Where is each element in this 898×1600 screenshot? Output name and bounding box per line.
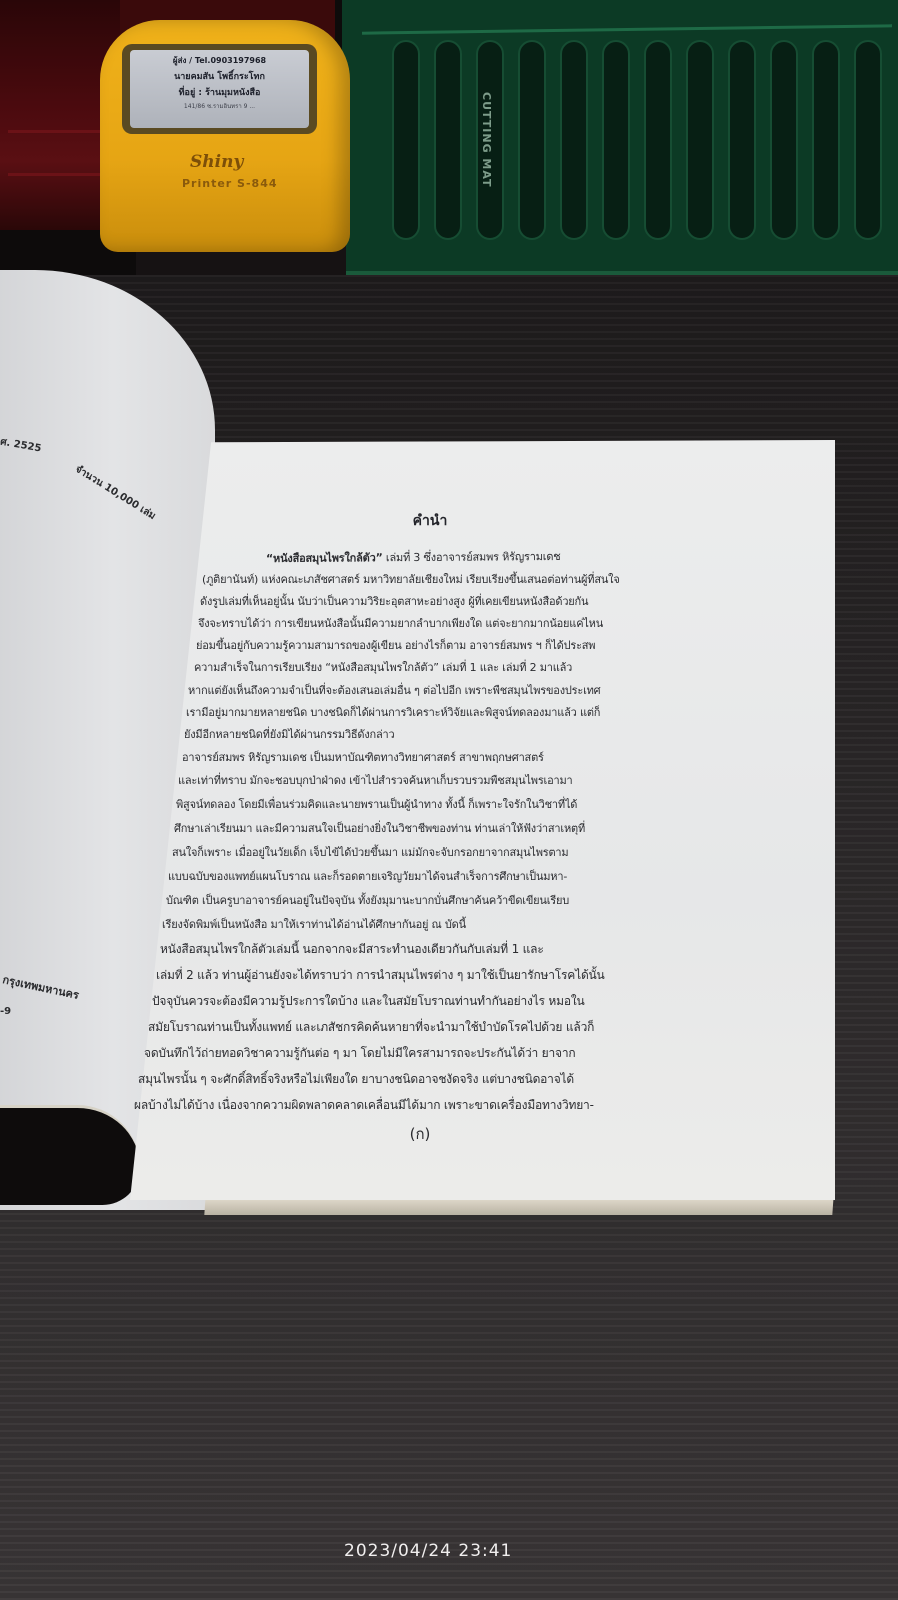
text-line: เล่มที่ 2 แล้ว ท่านผู้อ่านยังจะได้ทราบว่… xyxy=(156,966,605,985)
text-line: ย่อมขึ้นอยู่กับความรู้ความสามารถของผู้เข… xyxy=(196,636,595,654)
self-inking-stamp: ผู้ส่ง / Tel.0903197968 นายคมสัน โพธิ์กร… xyxy=(100,20,350,252)
text-line: “หนังสือสมุนไพรใกล้ตัว” เล่มที่ 3 ซึ่งอา… xyxy=(266,547,561,567)
text-line: หากแต่ยังเห็นถึงความจำเป็นที่จะต้องเสนอเ… xyxy=(188,681,600,699)
text-line: อาจารย์สมพร หิรัญรามเดช เป็นมหาบัณฑิตทาง… xyxy=(182,748,544,766)
text-line: (ภูติยานันท์) แห่งคณะเภสัชศาสตร์ มหาวิทย… xyxy=(202,570,620,588)
photo-timestamp: 2023/04/24 23:41 xyxy=(344,1541,512,1561)
mat-slot xyxy=(560,40,588,240)
mat-slot xyxy=(686,40,714,240)
text-line: จดบันทึกไว้ถ่ายทอดวิชาความรู้กันต่อ ๆ มา… xyxy=(144,1044,575,1063)
stamp-label-name: นายคมสัน โพธิ์กระโทก xyxy=(136,69,303,83)
cutting-mat-label: CUTTING MAT xyxy=(480,92,493,188)
mat-slot xyxy=(812,40,840,240)
stamp-label-shop: ที่อยู่ : ร้านมุมหนังสือ xyxy=(136,85,303,99)
text-line: เรียงจัดพิมพ์เป็นหนังสือ มาให้เราท่านได้… xyxy=(162,915,466,933)
text-line: และเท่าที่ทราบ มักจะชอบบุกป่าฝ่าดง เข้าไ… xyxy=(178,771,573,789)
text-line: ศึกษาเล่าเรียนมา และมีความสนใจเป็นอย่างย… xyxy=(174,819,585,837)
mat-slot xyxy=(434,40,462,240)
green-cutting-mat: CUTTING MAT xyxy=(342,0,898,275)
text-line: แบบฉบับของแพทย์แผนโบราณ และก็รอดตายเจริญ… xyxy=(168,867,567,885)
text-line: ดังรูปเล่มที่เห็นอยู่นั้น นับว่าเป็นความ… xyxy=(200,592,588,610)
mat-slot xyxy=(644,40,672,240)
text-line: ปัจจุบันควรจะต้องมีความรู้ประการใดบ้าง แ… xyxy=(152,992,585,1011)
text-line: ยังมีอีกหลายชนิดที่ยังมิได้ผ่านกรรมวิธีด… xyxy=(184,725,395,743)
text-line: พิสูจน์ทดลอง โดยมีเพื่อนร่วมคิดและนายพรา… xyxy=(176,795,577,813)
book-spine-curl xyxy=(0,1105,140,1205)
page-number: (ก) xyxy=(120,1122,720,1146)
stamp-brand-logo: Shiny xyxy=(190,152,243,172)
mat-slot xyxy=(770,40,798,240)
stamp-label-window: ผู้ส่ง / Tel.0903197968 นายคมสัน โพธิ์กร… xyxy=(122,44,317,134)
text-line: ความสำเร็จในการเรียบเรียง “หนังสือสมุนไพ… xyxy=(194,658,572,676)
stamp-model: Printer S-844 xyxy=(182,177,278,190)
right-page-content: คำนำ “หนังสือสมุนไพรใกล้ตัว” เล่มที่ 3 ซ… xyxy=(130,440,835,1200)
cutting-mat-slots xyxy=(392,40,898,250)
stamp-label-sender: ผู้ส่ง / Tel.0903197968 xyxy=(136,54,303,67)
mat-slot xyxy=(728,40,756,240)
text-line: เรามีอยู่มากมายหลายชนิด บางชนิดก็ได้ผ่าน… xyxy=(186,703,600,721)
mat-slot xyxy=(602,40,630,240)
mat-slot xyxy=(518,40,546,240)
cutting-mat-rail xyxy=(362,24,892,34)
text-line: จึงจะทราบได้ว่า การเขียนหนังสือนั้นมีควา… xyxy=(198,614,603,632)
left-page-number-fragment: -9 xyxy=(0,1006,11,1017)
text-line: บัณฑิต เป็นครูบาอาจารย์คนอยู่ในปัจจุบัน … xyxy=(166,891,569,909)
mat-slot xyxy=(854,40,882,240)
book-title-quote: “หนังสือสมุนไพรใกล้ตัว” xyxy=(266,551,383,565)
text-line: ผลบ้างไม่ได้บ้าง เนื่องจากความผิดพลาดคลา… xyxy=(134,1096,594,1115)
stamp-label: ผู้ส่ง / Tel.0903197968 นายคมสัน โพธิ์กร… xyxy=(130,50,309,128)
text-line: สมุนไพรนั้น ๆ จะศักดิ์สิทธิ์จริงหรือไม่เ… xyxy=(138,1070,574,1089)
text-line: หนังสือสมุนไพรใกล้ตัวเล่มนี้ นอกจากจะมีส… xyxy=(160,940,544,959)
text-line: สนใจก็เพราะ เมื่ออยู่ในวัยเด็ก เจ็บไข้ได… xyxy=(172,843,568,861)
text-line: สมัยโบราณท่านเป็นทั้งแพทย์ และเภสัชกรคิด… xyxy=(148,1018,594,1037)
page-title: คำนำ xyxy=(130,510,730,532)
mat-slot xyxy=(392,40,420,240)
stamp-label-address: 141/86 ซ.รามอินทรา 9 ... xyxy=(136,101,303,111)
